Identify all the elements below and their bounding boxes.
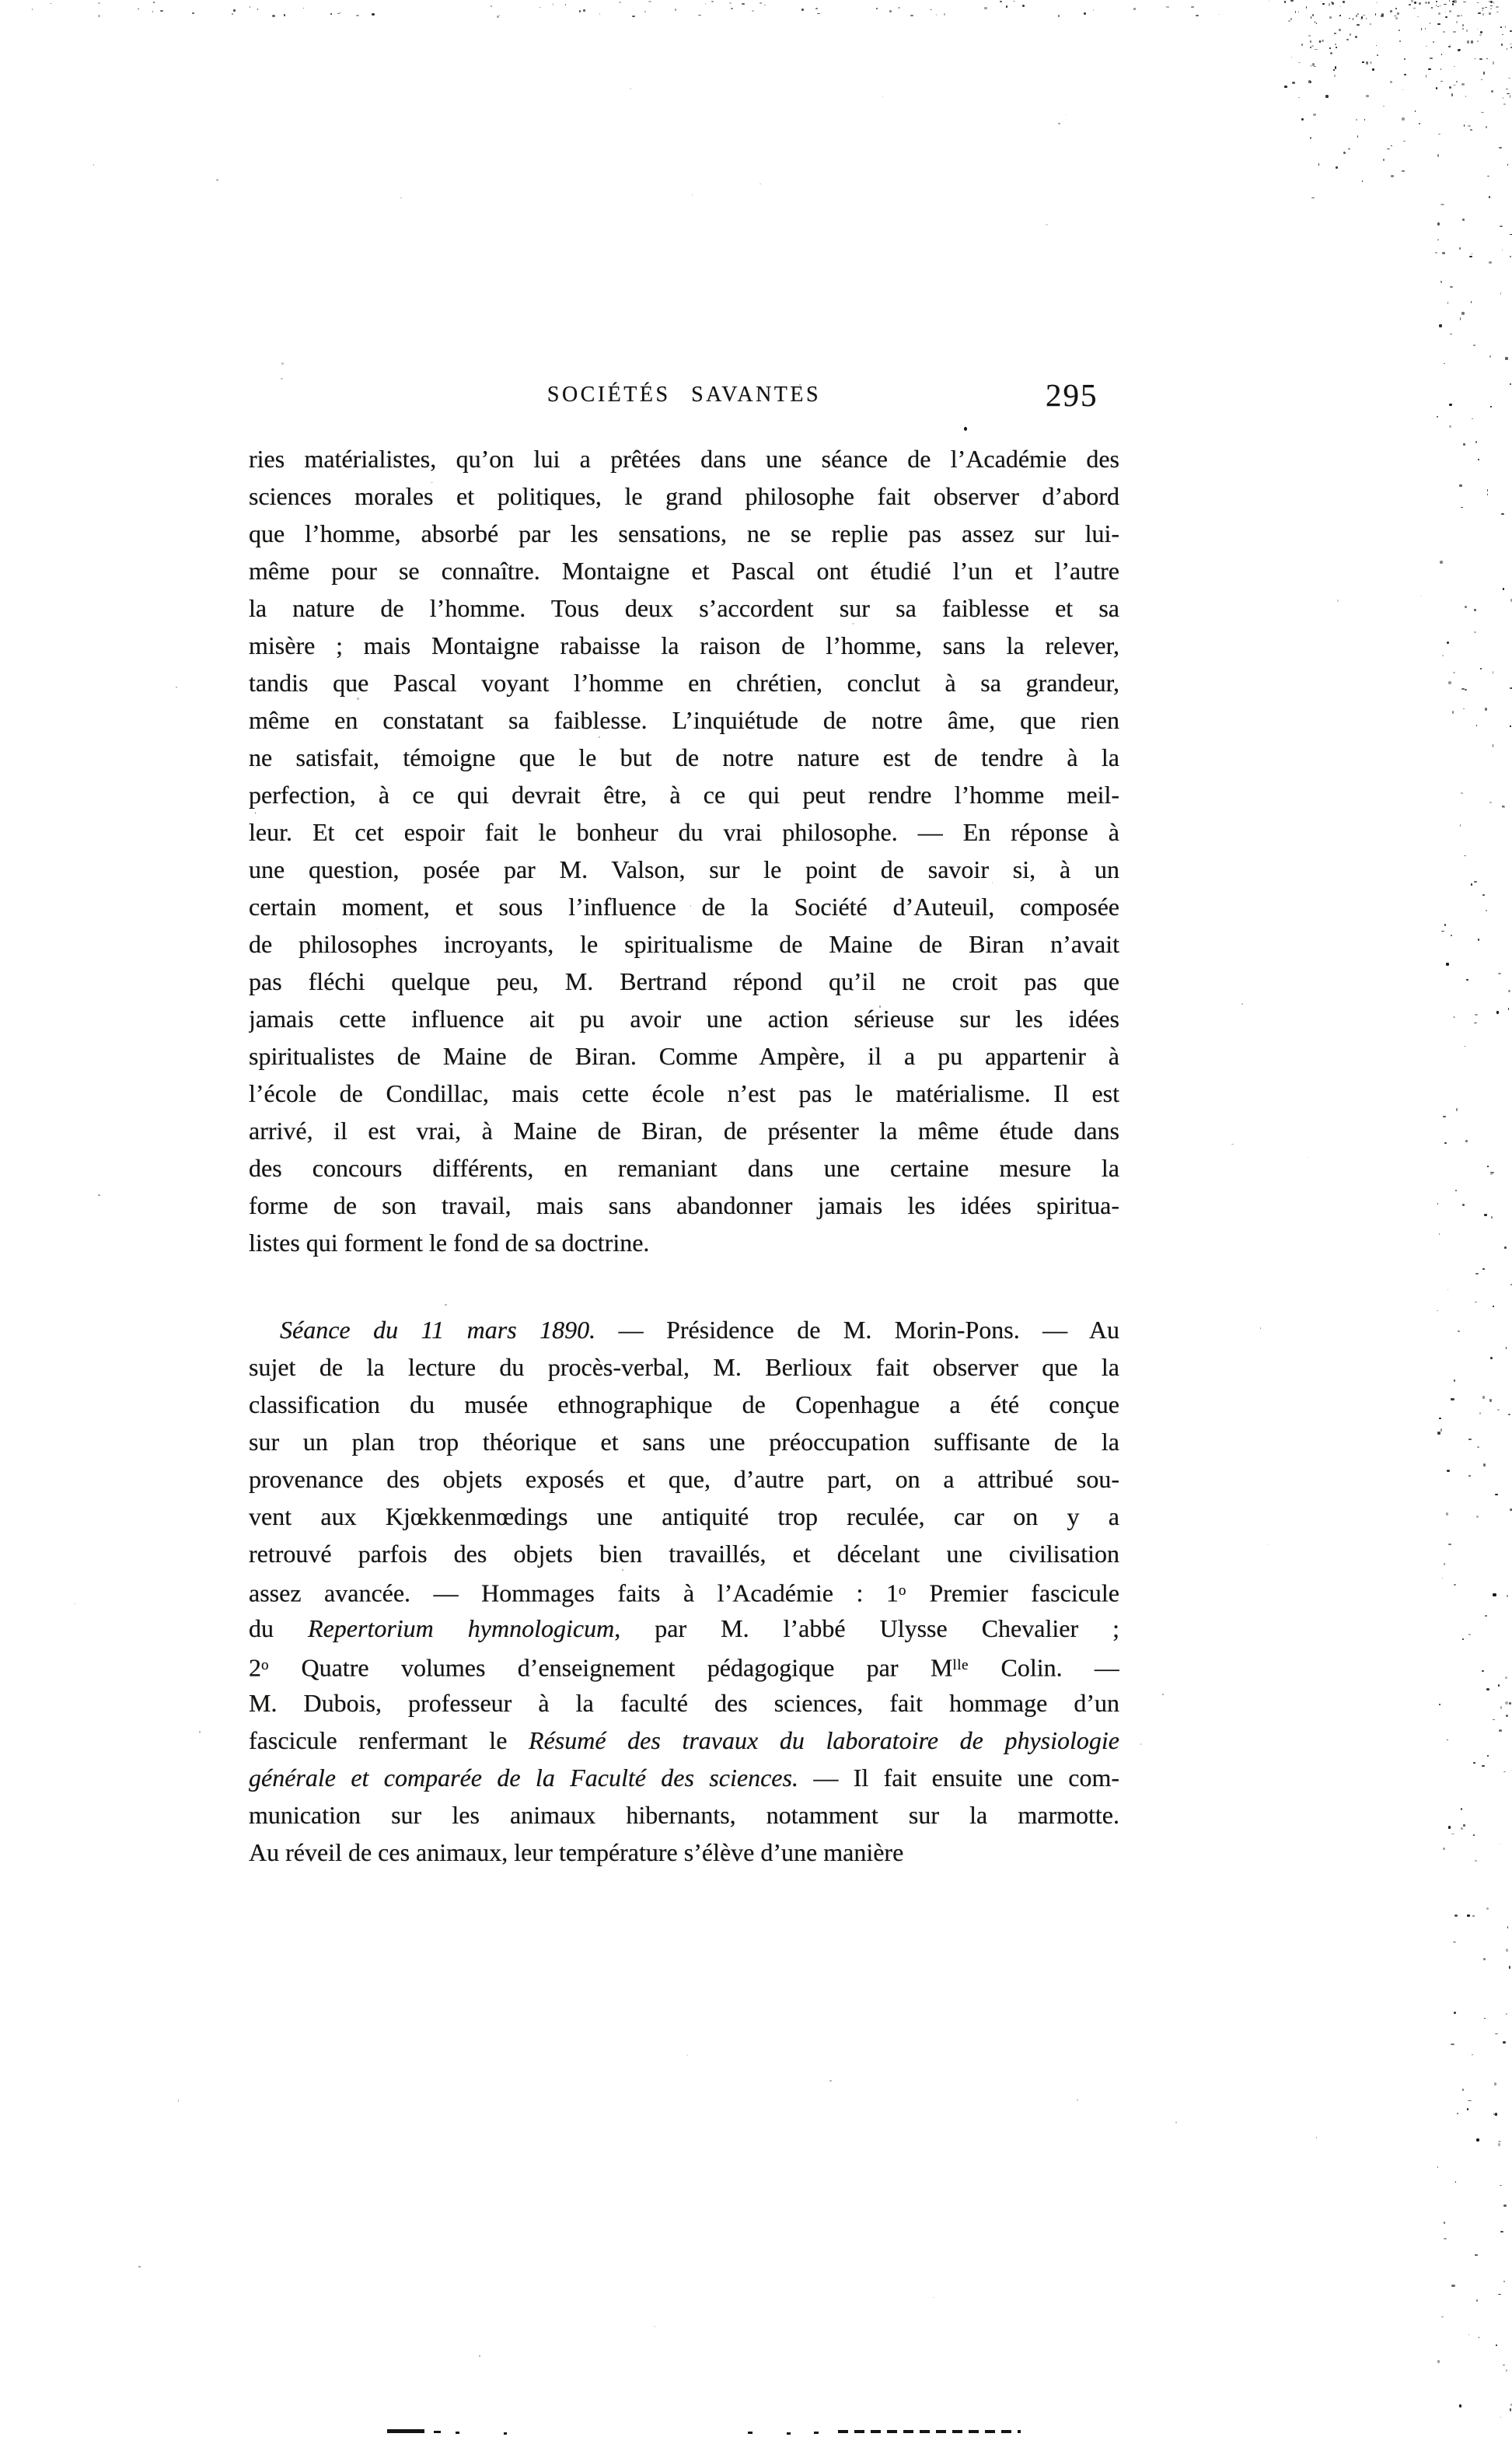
- noise-speck: [1469, 256, 1472, 257]
- noise-speck: [1461, 1827, 1464, 1830]
- noise-speck: [1333, 69, 1335, 71]
- noise-speck: [1462, 1204, 1465, 1205]
- noise-speck: [1084, 12, 1085, 15]
- noise-speck: [1390, 81, 1393, 83]
- noise-speck: [1441, 931, 1444, 932]
- noise-speck: [1403, 141, 1405, 142]
- noise-speck: [1426, 46, 1427, 47]
- noise-speck: [1442, 655, 1444, 656]
- noise-speck: [1510, 2408, 1511, 2411]
- noise-speck: [1077, 2099, 1078, 2101]
- noise-speck: [565, 4, 567, 5]
- text-line: pas fléchi quelque peu, M. Bertrand répo…: [249, 963, 1119, 1000]
- text-segment: une question, posée par M. Valson, sur l…: [249, 855, 1119, 883]
- noise-speck: [882, 96, 884, 97]
- noise-speck: [1503, 2281, 1504, 2282]
- noise-speck: [1506, 1347, 1507, 1348]
- noise-speck: [1444, 2222, 1445, 2224]
- noise-speck: [1510, 256, 1511, 257]
- noise-speck: [1459, 50, 1460, 51]
- noise-speck: [1464, 1046, 1466, 1047]
- noise-speck: [1472, 418, 1473, 419]
- noise-speck: [1431, 7, 1433, 9]
- noise-speck: [1357, 24, 1360, 26]
- noise-speck: [1454, 66, 1455, 67]
- noise-speck: [1478, 12, 1481, 13]
- noise-speck: [1311, 45, 1315, 47]
- text-segment: — Il fait ensuite une com-: [798, 1764, 1119, 1792]
- noise-speck: [1445, 12, 1447, 12]
- noise-speck: [1477, 40, 1479, 42]
- noise-speck: [1472, 2054, 1473, 2055]
- noise-speck: [1312, 14, 1314, 16]
- noise-speck: [910, 15, 913, 16]
- text-segment: tandis que Pascal voyant l’homme en chré…: [249, 669, 1119, 697]
- noise-speck: [1402, 170, 1405, 173]
- noise-speck: [1413, 8, 1416, 9]
- noise-speck: [1308, 1157, 1310, 1158]
- noise-speck: [1509, 1702, 1511, 1704]
- noise-speck: [1383, 159, 1385, 160]
- noise-speck: [330, 13, 332, 14]
- noise-speck: [1442, 252, 1445, 254]
- noise-speck: [1376, 2, 1378, 3]
- noise-speck: [1476, 2138, 1479, 2142]
- scan-edge-artifact: [434, 2431, 441, 2433]
- noise-speck: [1325, 95, 1329, 97]
- text-line: certain moment, et sous l’influence de l…: [249, 888, 1119, 925]
- noise-speck: [1448, 681, 1451, 684]
- noise-speck: [1468, 125, 1471, 127]
- noise-speck: [1391, 145, 1392, 146]
- noise-speck: [1495, 2033, 1498, 2034]
- text-line: classification du musée ethnographique d…: [249, 1386, 1119, 1423]
- text-line: listes qui forment le fond de sa doctrin…: [249, 1224, 1119, 1261]
- noise-speck: [138, 9, 139, 9]
- noise-speck: [1377, 54, 1378, 56]
- noise-speck: [1433, 41, 1433, 43]
- noise-speck: [889, 10, 892, 12]
- noise-speck: [1451, 1398, 1454, 1400]
- text-segment: assez avancée. — Hommages faits à l’Acad…: [249, 1579, 899, 1607]
- text-line: fascicule renfermant le Résumé des trava…: [249, 1722, 1119, 1759]
- noise-speck: [1322, 40, 1324, 42]
- noise-speck: [1489, 1399, 1492, 1402]
- noise-speck: [930, 9, 932, 11]
- noise-speck: [1489, 802, 1493, 803]
- noise-speck: [1308, 80, 1311, 82]
- noise-speck: [1451, 935, 1452, 936]
- text-line: arrivé, il est vrai, à Maine de Biran, d…: [249, 1112, 1119, 1149]
- noise-speck: [1466, 979, 1469, 981]
- text-line: munication sur les animaux hibernants, n…: [249, 1796, 1119, 1834]
- noise-speck: [1022, 5, 1025, 7]
- noise-speck: [1409, 4, 1411, 5]
- noise-speck: [1489, 261, 1492, 264]
- noise-speck: [1490, 1357, 1492, 1359]
- text-line: retrouvé parfois des objets bien travail…: [249, 1535, 1119, 1572]
- noise-speck: [1485, 1615, 1486, 1617]
- text-line: ries matérialistes, qu’on lui a prêtées …: [249, 440, 1119, 477]
- noise-speck: [1510, 383, 1511, 385]
- noise-speck: [1462, 219, 1465, 221]
- noise-speck: [1476, 1516, 1479, 1519]
- noise-speck: [1292, 82, 1295, 84]
- noise-speck: [1444, 1142, 1447, 1144]
- noise-speck: [1474, 1023, 1477, 1023]
- noise-speck: [32, 9, 33, 10]
- noise-speck: [479, 2355, 480, 2357]
- noise-speck: [1449, 404, 1452, 406]
- noise-speck: [1439, 1233, 1440, 1235]
- noise-speck: [339, 12, 341, 13]
- text-line: sciences morales et politiques, le grand…: [249, 477, 1119, 515]
- noise-speck: [1486, 126, 1487, 128]
- noise-speck: [1463, 2, 1466, 3]
- noise-speck: [1459, 2404, 1461, 2407]
- noise-speck: [1439, 1704, 1440, 1705]
- noise-speck: [272, 15, 274, 17]
- noise-speck: [1439, 324, 1441, 327]
- noise-speck: [1453, 672, 1455, 673]
- noise-speck: [1507, 48, 1508, 51]
- noise-speck: [1315, 21, 1315, 23]
- noise-speck: [1447, 302, 1448, 304]
- noise-speck: [1480, 31, 1482, 33]
- noise-speck: [829, 2080, 832, 2082]
- paragraph: Séance du 11 mars 1890. — Présidence de …: [249, 1311, 1119, 1871]
- noise-speck: [497, 16, 499, 18]
- noise-speck: [1298, 12, 1300, 12]
- noise-speck: [1464, 124, 1465, 127]
- noise-speck: [74, 1603, 76, 1604]
- noise-speck: [1376, 45, 1378, 46]
- noise-speck: [1308, 35, 1311, 37]
- running-title: SOCIÉTÉS SAVANTES: [249, 383, 1119, 407]
- noise-speck: [491, 5, 493, 7]
- noise-speck: [1459, 484, 1462, 487]
- noise-speck: [1453, 1942, 1455, 1942]
- noise-speck: [1482, 13, 1484, 16]
- noise-speck: [692, 194, 693, 196]
- noise-speck: [1310, 137, 1311, 139]
- noise-speck: [1490, 1, 1493, 3]
- noise-speck: [1498, 2141, 1501, 2142]
- noise-speck: [1339, 29, 1341, 31]
- noise-speck: [1371, 61, 1371, 64]
- text-segment: certain moment, et sous l’influence de l…: [249, 893, 1119, 921]
- noise-speck: [1420, 596, 1421, 596]
- noise-speck: [1133, 8, 1136, 10]
- text-segment: la nature de l’homme. Tous deux s’accord…: [249, 594, 1119, 622]
- noise-speck: [1503, 103, 1506, 104]
- noise-speck: [1046, 224, 1048, 226]
- noise-speck: [579, 10, 581, 12]
- noise-speck: [1459, 49, 1461, 51]
- noise-speck: [1435, 252, 1437, 253]
- noise-speck: [1471, 883, 1472, 886]
- noise-speck: [1437, 416, 1437, 418]
- noise-speck: [1437, 2166, 1439, 2168]
- noise-speck: [1290, 0, 1294, 1]
- noise-speck: [1490, 8, 1493, 9]
- text-segment: du: [249, 1614, 308, 1642]
- noise-speck: [1288, 20, 1290, 23]
- noise-speck: [1489, 12, 1491, 14]
- noise-speck: [1465, 1140, 1467, 1142]
- noise-speck: [1440, 1428, 1441, 1431]
- text-segment: Au réveil de ces animaux, leur températu…: [249, 1838, 903, 1866]
- noise-speck: [1508, 990, 1510, 992]
- noise-speck: [372, 13, 374, 16]
- noise-speck: [1487, 494, 1488, 495]
- noise-speck: [1175, 2121, 1177, 2124]
- noise-speck: [1462, 1638, 1464, 1640]
- noise-speck: [1493, 2114, 1495, 2115]
- noise-speck: [1357, 13, 1358, 15]
- noise-speck: [1489, 1, 1491, 2]
- noise-speck: [1350, 33, 1351, 36]
- noise-speck: [1467, 1914, 1470, 1917]
- noise-speck: [599, 13, 601, 15]
- noise-speck: [759, 2, 762, 4]
- noise-speck: [729, 2, 731, 4]
- noise-speck: [630, 88, 630, 89]
- noise-speck: [1357, 135, 1359, 138]
- noise-speck: [1500, 1706, 1502, 1708]
- scan-edge-artifact: [838, 2430, 1021, 2433]
- text-line: une question, posée par M. Valson, sur l…: [249, 851, 1119, 888]
- noise-speck: [216, 179, 218, 180]
- text-segment: sciences morales et politiques, le grand…: [249, 482, 1119, 510]
- noise-speck: [1346, 39, 1349, 40]
- text-segment: misère ; mais Montaigne rabaisse la rais…: [249, 631, 1119, 659]
- noise-speck: [1493, 1306, 1494, 1307]
- noise-speck: [1364, 119, 1366, 121]
- noise-speck: [1140, 1743, 1141, 1745]
- noise-speck: [1437, 1432, 1440, 1435]
- noise-speck: [1484, 1214, 1487, 1216]
- noise-speck: [1468, 2100, 1471, 2102]
- noise-speck: [1462, 2089, 1464, 2091]
- noise-speck: [1490, 1173, 1493, 1176]
- noise-speck: [1483, 1463, 1486, 1467]
- noise-speck: [944, 13, 945, 16]
- noise-speck: [1415, 110, 1416, 112]
- noise-speck: [1310, 81, 1311, 82]
- text-segment: spiritualistes de Maine de Biran. Comme …: [249, 1042, 1119, 1070]
- noise-speck: [1495, 1494, 1497, 1495]
- noise-speck: [933, 2297, 935, 2298]
- text-segment: perfection, à ce qui devrait être, à ce …: [249, 781, 1119, 809]
- noise-speck: [1498, 2294, 1501, 2295]
- text-segment: forme de son travail, mais sans abandonn…: [249, 1191, 1119, 1219]
- noise-speck: [1507, 93, 1510, 95]
- text-segment: leur. Et cet espoir fait le bonheur du v…: [249, 818, 1119, 846]
- noise-speck: [281, 378, 283, 379]
- noise-speck: [1454, 1914, 1458, 1917]
- noise-speck: [1000, 1, 1002, 2]
- noise-speck: [1312, 63, 1315, 65]
- noise-speck: [1438, 12, 1440, 15]
- noise-speck: [1474, 881, 1477, 883]
- noise-speck: [1452, 3, 1454, 5]
- noise-speck: [1475, 1860, 1477, 1862]
- noise-speck: [1486, 1907, 1489, 1911]
- noise-speck: [257, 9, 258, 10]
- noise-speck: [1474, 609, 1476, 611]
- noise-speck: [1329, 47, 1331, 49]
- noise-speck: [1444, 924, 1446, 927]
- noise-speck: [1497, 1409, 1500, 1411]
- noise-speck: [1404, 58, 1405, 61]
- noise-speck: [1316, 23, 1317, 24]
- noise-speck: [1500, 226, 1503, 227]
- noise-speck: [1268, 1544, 1269, 1545]
- noise-speck: [337, 13, 340, 14]
- text-segment: même en constatant sa faiblesse. L’inqui…: [249, 706, 1119, 734]
- noise-speck: [936, 14, 937, 16]
- noise-speck: [1058, 15, 1060, 16]
- noise-speck: [1438, 134, 1440, 135]
- noise-speck: [1356, 119, 1357, 121]
- text-line: vent aux Kjœkkenmœdings une antiquité tr…: [249, 1498, 1119, 1535]
- noise-speck: [1441, 54, 1442, 55]
- text-segment: 2: [249, 1654, 261, 1682]
- noise-speck: [1436, 5, 1437, 5]
- noise-speck: [1447, 642, 1449, 643]
- noise-speck: [1284, 86, 1287, 88]
- text-segment: ries matérialistes, qu’on lui a prêtées …: [249, 445, 1119, 473]
- noise-speck: [1457, 2113, 1458, 2114]
- noise-speck: [1343, 1, 1345, 3]
- noise-speck: [1425, 2, 1427, 3]
- italic-text: Repertorium hymnologicum: [308, 1614, 614, 1642]
- noise-speck: [1448, 1826, 1451, 1829]
- noise-speck: [1448, 46, 1451, 47]
- noise-speck: [1316, 2137, 1318, 2138]
- noise-speck: [1447, 1470, 1450, 1472]
- text-line: la nature de l’homme. Tous deux s’accord…: [249, 589, 1119, 627]
- noise-speck: [1269, 1, 1269, 2]
- noise-speck: [1446, 963, 1449, 965]
- noise-speck: [1196, 15, 1199, 16]
- noise-speck: [250, 6, 250, 8]
- noise-speck: [1339, 15, 1341, 16]
- noise-speck: [632, 16, 635, 17]
- noise-speck: [199, 1731, 200, 1733]
- ink-dot-artifact: [964, 427, 967, 431]
- noise-speck: [152, 11, 153, 12]
- noise-speck: [1460, 824, 1461, 827]
- noise-speck: [1475, 1302, 1477, 1302]
- text-segment: même pour se connaître. Montaigne et Pas…: [249, 557, 1119, 585]
- noise-speck: [1311, 198, 1315, 198]
- noise-speck: [1260, 1327, 1261, 1328]
- noise-speck: [1507, 1595, 1508, 1597]
- noise-speck: [1506, 2013, 1507, 2015]
- noise-speck: [1310, 47, 1312, 48]
- noise-speck: [1508, 1008, 1509, 1010]
- text-segment: ne satisfait, témoigne que le but de not…: [249, 743, 1119, 771]
- text-line: assez avancée. — Hommages faits à l’Acad…: [249, 1572, 1119, 1610]
- noise-speck: [1465, 606, 1467, 608]
- text-segment: Colin. —: [969, 1654, 1119, 1682]
- noise-speck: [1335, 44, 1336, 45]
- noise-speck: [1505, 1677, 1507, 1679]
- noise-speck: [1464, 855, 1466, 856]
- noise-speck: [1473, 344, 1475, 346]
- noise-speck: [1362, 180, 1363, 181]
- noise-speck: [1330, 52, 1332, 54]
- paragraph: ries matérialistes, qu’on lui a prêtées …: [249, 440, 1119, 1261]
- noise-speck: [1375, 13, 1376, 16]
- text-segment: — Présidence de M. Morin-Pons. — Au: [595, 1316, 1119, 1344]
- noise-speck: [1348, 149, 1350, 149]
- noise-speck: [1493, 744, 1493, 747]
- noise-speck: [815, 8, 819, 9]
- noise-speck: [1473, 1762, 1475, 1764]
- text-segment: que l’homme, absorbé par les sensations,…: [249, 519, 1119, 547]
- noise-speck: [1451, 1834, 1454, 1835]
- text-line: misère ; mais Montaigne rabaisse la rais…: [249, 627, 1119, 664]
- noise-speck: [1428, 2, 1430, 4]
- noise-speck: [1482, 894, 1485, 896]
- noise-speck: [1498, 973, 1501, 974]
- noise-speck: [1295, 11, 1297, 13]
- noise-speck: [1387, 149, 1389, 150]
- text-segment: , par M. l’abbé Ulysse Chevalier ;: [614, 1614, 1119, 1642]
- noise-speck: [1421, 28, 1422, 30]
- noise-speck: [1310, 40, 1311, 43]
- noise-speck: [1437, 240, 1440, 241]
- noise-speck: [1463, 1824, 1465, 1827]
- noise-speck: [1446, 1512, 1448, 1516]
- noise-speck: [742, 3, 745, 5]
- noise-speck: [98, 2, 100, 4]
- noise-speck: [232, 13, 233, 15]
- text-segment: classification du musée ethnographique d…: [249, 1390, 1119, 1418]
- noise-speck: [1355, 36, 1358, 38]
- noise-speck: [876, 8, 878, 9]
- noise-speck: [1444, 2238, 1447, 2239]
- noise-speck: [1506, 1949, 1508, 1952]
- noise-speck: [1343, 152, 1346, 154]
- noise-speck: [1465, 96, 1466, 98]
- noise-speck: [1477, 2, 1479, 3]
- noise-speck: [1437, 1203, 1438, 1205]
- noise-speck: [1502, 34, 1503, 35]
- scan-edge-artifact: [748, 2432, 753, 2434]
- scan-edge-artifact: [504, 2432, 507, 2435]
- text-segment: provenance des objets exposés et que, d’…: [249, 1465, 1119, 1493]
- noise-speck: [1450, 286, 1453, 288]
- noise-speck: [1301, 44, 1302, 46]
- text-line: du Repertorium hymnologicum, par M. l’ab…: [249, 1610, 1119, 1647]
- noise-speck: [1501, 44, 1503, 45]
- noise-speck: [1361, 16, 1363, 19]
- noise-speck: [1301, 118, 1304, 121]
- noise-speck: [1411, 0, 1413, 2]
- noise-speck: [1503, 806, 1505, 808]
- superscript-text: o: [261, 1657, 269, 1673]
- noise-speck: [1481, 79, 1482, 81]
- noise-speck: [1437, 23, 1440, 25]
- text-line: leur. Et cet espoir fait le bonheur du v…: [249, 813, 1119, 851]
- noise-speck: [1458, 49, 1460, 51]
- noise-speck: [1436, 87, 1437, 89]
- noise-speck: [1500, 26, 1502, 28]
